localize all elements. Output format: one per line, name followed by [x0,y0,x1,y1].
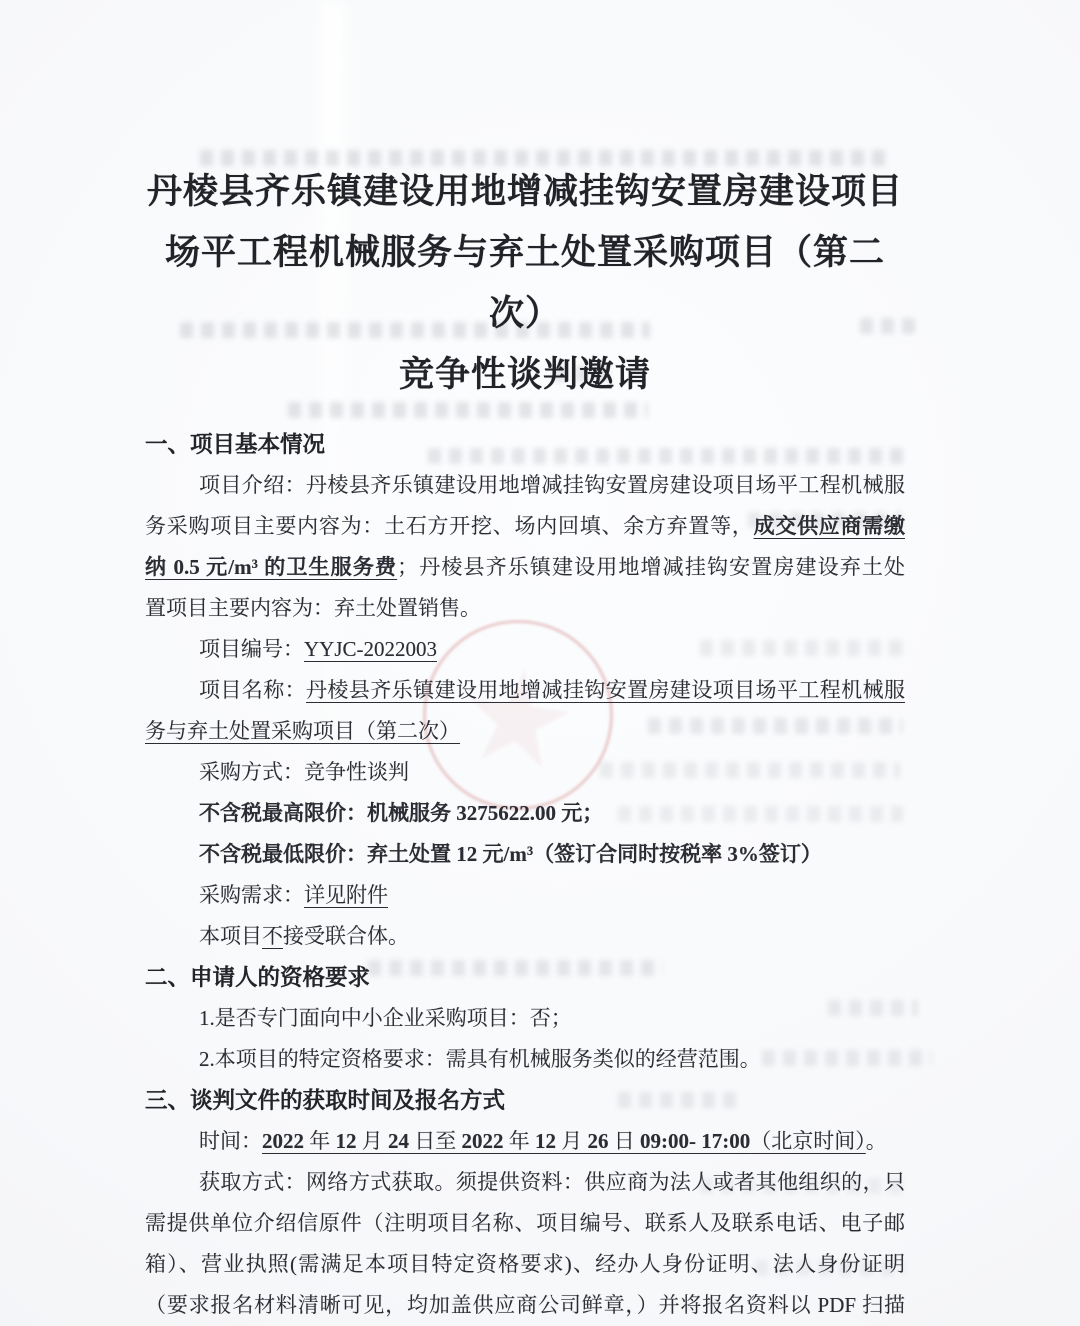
document-title: 丹棱县齐乐镇建设用地增减挂钩安置房建设项目 场平工程机械服务与弃土处置采购项目（… [145,161,905,405]
text-line: 纳 0.5 元/m³ 的卫生服务费；丹棱县齐乐镇建设用地增减挂钩安置房建设弃土处 [145,547,905,588]
text-run: 项目编号： [199,637,304,661]
text-run: 。 [866,1129,887,1153]
text-run: 24 [388,1129,409,1153]
text-line: 本项目不接受联合体。 [145,916,905,957]
text-run: 时间： [199,1129,262,1153]
text-line: 项目名称：丹棱县齐乐镇建设用地增减挂钩安置房建设项目场平工程机械服 [145,670,905,711]
text-run: 箱）、营业执照(需满足本项目特定资格要求)、经办人身份证明、法人身份证明 [145,1252,905,1276]
title-line-2: 场平工程机械服务与弃土处置采购项目（第二次） [145,222,905,344]
text-run: 二、申请人的资格要求 [145,965,370,990]
text-run: 本项目 [199,924,262,948]
text-run: 日至 [409,1129,462,1153]
text-run: 获取方式：网络方式获取。须提供资料：供应商为法人或者其他组织的，只 [199,1170,905,1194]
text-run: 不含税最低限价：弃土处置 12 元/m³（签订合同时按税率 3%签订） [199,842,822,866]
text-run: 不 [262,924,283,948]
text-run: 12 [535,1129,556,1153]
text-run: 项目名称： [199,678,306,702]
section-heading: 二、申请人的资格要求 [145,957,905,998]
title-line-1: 丹棱县齐乐镇建设用地增减挂钩安置房建设项目 [145,161,905,222]
text-line: 置项目主要内容为：弃土处置销售。 [145,588,905,629]
text-run: 一、项目基本情况 [145,432,325,457]
text-line: 不含税最低限价：弃土处置 12 元/m³（签订合同时按税率 3%签订） [145,834,905,875]
text-line: 需提供单位介绍信原件（注明项目名称、项目编号、联系人及联系电话、电子邮 [145,1203,905,1244]
text-line: 不含税最高限价：机械服务 3275622.00 元； [145,793,905,834]
text-run: 不含税最高限价：机械服务 3275622.00 元； [199,801,603,825]
text-run: 1.是否专门面向中小企业采购项目：否； [199,1006,572,1030]
text-line: 务采购项目主要内容为：土石方开挖、场内回填、余方弃置等，成交供应商需缴 [145,506,905,547]
text-run: ；丹棱县齐乐镇建设用地增减挂钩安置房建设弃土处 [397,555,905,579]
text-run: （北京时间） [750,1129,866,1153]
text-line: 2.本项目的特定资格要求：需具有机械服务类似的经营范围。 [145,1039,905,1080]
text-run: 项目介绍：丹棱县齐乐镇建设用地增减挂钩安置房建设项目场平工程机械服 [199,473,905,497]
text-line: 采购方式：竞争性谈判 [145,752,905,793]
text-run: 丹棱县齐乐镇建设用地增减挂钩安置房建设项目场平工程机械服 [306,678,905,702]
text-run: 务与弃土处置采购项目（第二次） [145,719,460,743]
text-run: 月 [556,1129,588,1153]
title-line-3: 竞争性谈判邀请 [145,344,905,405]
text-run: 日 [609,1129,641,1153]
text-run: （要求报名材料清晰可见，均加盖供应商公司鲜章，）并将报名资料以 PDF 扫描 [145,1293,905,1317]
text-run: 12 [336,1129,357,1153]
text-line: 项目编号：YYJC-2022003 [145,629,905,670]
text-line: 获取方式：网络方式获取。须提供资料：供应商为法人或者其他组织的，只 [145,1162,905,1203]
text-run: YYJC-2022003 [304,637,437,661]
text-run: 务采购项目主要内容为：土石方开挖、场内回填、余方弃置等， [145,514,754,538]
text-run: 纳 0.5 元/m³ 的卫生服务费 [145,555,397,579]
text-line: 箱）、营业执照(需满足本项目特定资格要求)、经办人身份证明、法人身份证明 [145,1244,905,1285]
text-line: （要求报名材料清晰可见，均加盖供应商公司鲜章，）并将报名资料以 PDF 扫描 [145,1285,905,1326]
text-run: 月 [357,1129,389,1153]
text-line: 项目介绍：丹棱县齐乐镇建设用地增减挂钩安置房建设项目场平工程机械服 [145,465,905,506]
section-heading: 一、项目基本情况 [145,424,905,465]
document-body: 一、项目基本情况项目介绍：丹棱县齐乐镇建设用地增减挂钩安置房建设项目场平工程机械… [145,424,905,1326]
text-run: 需提供单位介绍信原件（注明项目名称、项目编号、联系人及联系电话、电子邮 [145,1211,905,1235]
text-run: 2022 [262,1129,304,1153]
text-run: 年 [304,1129,336,1153]
text-line: 时间：2022 年 12 月 24 日至 2022 年 12 月 26 日 09… [145,1121,905,1162]
text-run: 详见附件 [304,883,388,907]
scanned-document-page: 丹棱县齐乐镇建设用地增减挂钩安置房建设项目 场平工程机械服务与弃土处置采购项目（… [0,0,1080,1326]
text-run: 三、谈判文件的获取时间及报名方式 [145,1088,505,1113]
text-line: 1.是否专门面向中小企业采购项目：否； [145,998,905,1039]
text-run: 采购需求： [199,883,304,907]
text-line: 采购需求：详见附件 [145,875,905,916]
text-run: 接受联合体。 [283,924,409,948]
text-run: 26 [588,1129,609,1153]
section-heading: 三、谈判文件的获取时间及报名方式 [145,1080,905,1121]
text-line: 务与弃土处置采购项目（第二次） [145,711,905,752]
text-run: 采购方式：竞争性谈判 [199,760,409,784]
text-run: 2022 [462,1129,504,1153]
text-run: 成交供应商需缴 [754,514,905,538]
text-run: 置项目主要内容为：弃土处置销售。 [145,596,481,620]
text-run: 年 [504,1129,536,1153]
text-run: 09:00- 17:00 [640,1129,750,1153]
text-run: 2.本项目的特定资格要求：需具有机械服务类似的经营范围。 [199,1047,761,1071]
